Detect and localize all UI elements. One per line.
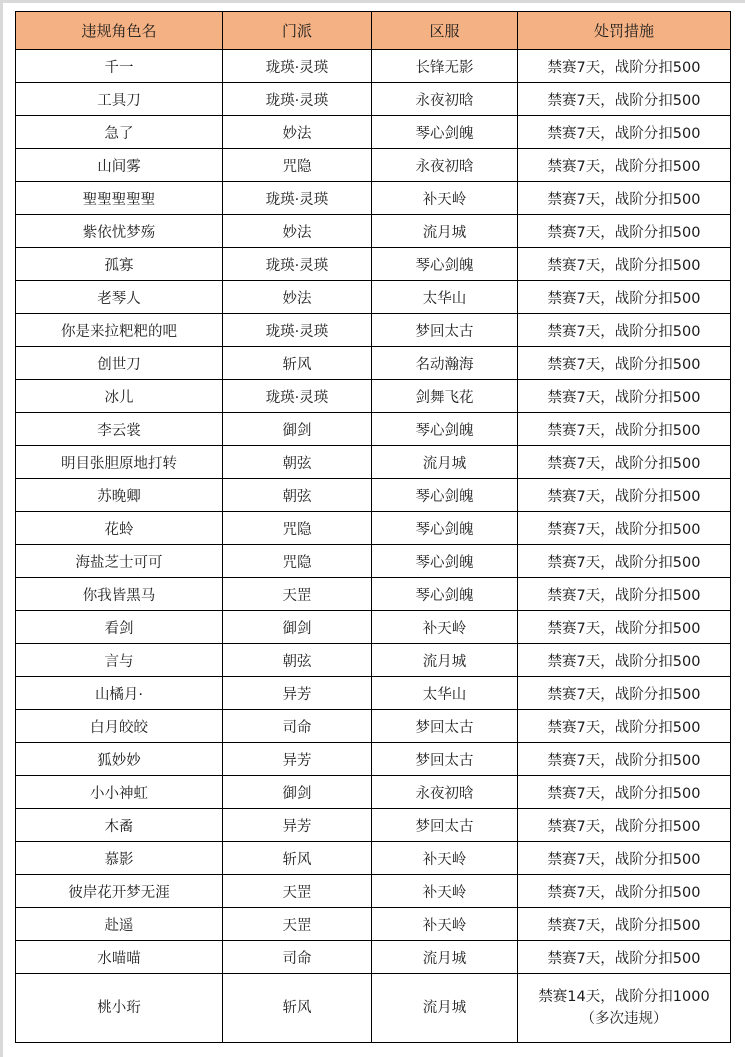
- cell-player-name: 木矞: [16, 809, 223, 842]
- table-row: 山橘月·异芳太华山禁赛7天，战阶分扣500: [16, 677, 731, 710]
- cell-player-name: 你我皆黑马: [16, 578, 223, 611]
- cell-penalty: 禁赛7天，战阶分扣500: [518, 743, 731, 776]
- cell-penalty: 禁赛7天，战阶分扣500: [518, 281, 731, 314]
- table-row: 老琴人妙法太华山禁赛7天，战阶分扣500: [16, 281, 731, 314]
- cell-sect: 珑瑛·灵瑛: [223, 248, 372, 281]
- cell-penalty: 禁赛7天，战阶分扣500: [518, 578, 731, 611]
- cell-player-name: 苏晚卿: [16, 479, 223, 512]
- cell-penalty: 禁赛7天，战阶分扣500: [518, 380, 731, 413]
- cell-player-name: 白月皎皎: [16, 710, 223, 743]
- cell-penalty: 禁赛7天，战阶分扣500: [518, 479, 731, 512]
- cell-server: 补天岭: [372, 611, 518, 644]
- cell-sect: 异芳: [223, 743, 372, 776]
- cell-server: 流月城: [372, 974, 518, 1043]
- cell-server: 琴心剑魄: [372, 512, 518, 545]
- cell-sect: 天罡: [223, 908, 372, 941]
- cell-server: 流月城: [372, 446, 518, 479]
- cell-server: 梦回太古: [372, 743, 518, 776]
- cell-penalty: 禁赛7天，战阶分扣500: [518, 182, 731, 215]
- header-sect: 门派: [223, 12, 372, 50]
- cell-sect: 咒隐: [223, 545, 372, 578]
- violation-table: 违规角色名 门派 区服 处罚措施 千一珑瑛·灵瑛长锋无影禁赛7天，战阶分扣500…: [15, 11, 731, 1043]
- cell-player-name: 工具刀: [16, 83, 223, 116]
- table-row: 创世刀斩风名动瀚海禁赛7天，战阶分扣500: [16, 347, 731, 380]
- cell-player-name: 水喵喵: [16, 941, 223, 974]
- cell-sect: 朝弦: [223, 446, 372, 479]
- table-row: 你是来拉粑粑的吧珑瑛·灵瑛梦回太古禁赛7天，战阶分扣500: [16, 314, 731, 347]
- cell-player-name: 言与: [16, 644, 223, 677]
- cell-sect: 珑瑛·灵瑛: [223, 314, 372, 347]
- cell-server: 琴心剑魄: [372, 578, 518, 611]
- cell-sect: 天罡: [223, 578, 372, 611]
- cell-player-name: 桃小珩: [16, 974, 223, 1043]
- cell-server: 永夜初晗: [372, 776, 518, 809]
- table-row: 紫依忧梦殇妙法流月城禁赛7天，战阶分扣500: [16, 215, 731, 248]
- cell-player-name: 创世刀: [16, 347, 223, 380]
- cell-server: 补天岭: [372, 908, 518, 941]
- cell-penalty: 禁赛7天，战阶分扣500: [518, 677, 731, 710]
- cell-server: 梦回太古: [372, 314, 518, 347]
- cell-sect: 咒隐: [223, 512, 372, 545]
- cell-sect: 妙法: [223, 281, 372, 314]
- table-row: 工具刀珑瑛·灵瑛永夜初晗禁赛7天，战阶分扣500: [16, 83, 731, 116]
- cell-player-name: 赴遥: [16, 908, 223, 941]
- table-row: 狐妙妙异芳梦回太古禁赛7天，战阶分扣500: [16, 743, 731, 776]
- cell-player-name: 小小神虹: [16, 776, 223, 809]
- cell-penalty: 禁赛14天，战阶分扣1000（多次违规）: [518, 974, 731, 1043]
- cell-server: 琴心剑魄: [372, 248, 518, 281]
- cell-server: 流月城: [372, 644, 518, 677]
- penalty-note: （多次违规）: [518, 1008, 730, 1030]
- cell-player-name: 看剑: [16, 611, 223, 644]
- cell-penalty: 禁赛7天，战阶分扣500: [518, 776, 731, 809]
- cell-player-name: 李云裳: [16, 413, 223, 446]
- table-row: 千一珑瑛·灵瑛长锋无影禁赛7天，战阶分扣500: [16, 50, 731, 83]
- cell-server: 太华山: [372, 281, 518, 314]
- cell-server: 太华山: [372, 677, 518, 710]
- cell-player-name: 慕影: [16, 842, 223, 875]
- table-row: 白月皎皎司命梦回太古禁赛7天，战阶分扣500: [16, 710, 731, 743]
- cell-penalty: 禁赛7天，战阶分扣500: [518, 644, 731, 677]
- cell-player-name: 山间雾: [16, 149, 223, 182]
- cell-server: 补天岭: [372, 842, 518, 875]
- cell-player-name: 聖聖聖聖聖: [16, 182, 223, 215]
- cell-player-name: 明目张胆原地打转: [16, 446, 223, 479]
- table-row: 桃小珩斩风流月城禁赛14天，战阶分扣1000（多次违规）: [16, 974, 731, 1043]
- cell-penalty: 禁赛7天，战阶分扣500: [518, 908, 731, 941]
- cell-penalty: 禁赛7天，战阶分扣500: [518, 512, 731, 545]
- table-row: 孤寡珑瑛·灵瑛琴心剑魄禁赛7天，战阶分扣500: [16, 248, 731, 281]
- table-row: 山间雾咒隐永夜初晗禁赛7天，战阶分扣500: [16, 149, 731, 182]
- cell-player-name: 冰儿: [16, 380, 223, 413]
- penalty-text: 禁赛14天，战阶分扣1000: [518, 986, 730, 1008]
- cell-sect: 珑瑛·灵瑛: [223, 83, 372, 116]
- cell-sect: 妙法: [223, 116, 372, 149]
- cell-penalty: 禁赛7天，战阶分扣500: [518, 842, 731, 875]
- cell-player-name: 老琴人: [16, 281, 223, 314]
- cell-server: 补天岭: [372, 875, 518, 908]
- table-row: 李云裳御剑琴心剑魄禁赛7天，战阶分扣500: [16, 413, 731, 446]
- cell-penalty: 禁赛7天，战阶分扣500: [518, 611, 731, 644]
- cell-sect: 天罡: [223, 875, 372, 908]
- table-row: 彼岸花开梦无涯天罡补天岭禁赛7天，战阶分扣500: [16, 875, 731, 908]
- cell-sect: 斩风: [223, 347, 372, 380]
- table-header-row: 违规角色名 门派 区服 处罚措施: [16, 12, 731, 50]
- table-row: 聖聖聖聖聖珑瑛·灵瑛补天岭禁赛7天，战阶分扣500: [16, 182, 731, 215]
- cell-sect: 珑瑛·灵瑛: [223, 380, 372, 413]
- cell-server: 永夜初晗: [372, 149, 518, 182]
- table-row: 木矞异芳梦回太古禁赛7天，战阶分扣500: [16, 809, 731, 842]
- cell-player-name: 急了: [16, 116, 223, 149]
- table-row: 言与朝弦流月城禁赛7天，战阶分扣500: [16, 644, 731, 677]
- cell-sect: 异芳: [223, 809, 372, 842]
- table-row: 慕影斩风补天岭禁赛7天，战阶分扣500: [16, 842, 731, 875]
- cell-penalty: 禁赛7天，战阶分扣500: [518, 215, 731, 248]
- cell-server: 琴心剑魄: [372, 479, 518, 512]
- cell-player-name: 狐妙妙: [16, 743, 223, 776]
- frame-border-left: [0, 0, 3, 1057]
- table-row: 冰儿珑瑛·灵瑛剑舞飞花禁赛7天，战阶分扣500: [16, 380, 731, 413]
- cell-sect: 珑瑛·灵瑛: [223, 182, 372, 215]
- cell-server: 流月城: [372, 215, 518, 248]
- cell-penalty: 禁赛7天，战阶分扣500: [518, 347, 731, 380]
- table-row: 你我皆黑马天罡琴心剑魄禁赛7天，战阶分扣500: [16, 578, 731, 611]
- cell-player-name: 海盐芝士可可: [16, 545, 223, 578]
- cell-player-name: 紫依忧梦殇: [16, 215, 223, 248]
- cell-player-name: 千一: [16, 50, 223, 83]
- cell-penalty: 禁赛7天，战阶分扣500: [518, 413, 731, 446]
- header-server: 区服: [372, 12, 518, 50]
- cell-sect: 珑瑛·灵瑛: [223, 50, 372, 83]
- table-row: 看剑御剑补天岭禁赛7天，战阶分扣500: [16, 611, 731, 644]
- table-row: 海盐芝士可可咒隐琴心剑魄禁赛7天，战阶分扣500: [16, 545, 731, 578]
- table-row: 赴遥天罡补天岭禁赛7天，战阶分扣500: [16, 908, 731, 941]
- cell-penalty: 禁赛7天，战阶分扣500: [518, 710, 731, 743]
- cell-penalty: 禁赛7天，战阶分扣500: [518, 314, 731, 347]
- frame-border-top: [0, 0, 745, 3]
- table-row: 花蛉咒隐琴心剑魄禁赛7天，战阶分扣500: [16, 512, 731, 545]
- cell-sect: 朝弦: [223, 644, 372, 677]
- cell-server: 流月城: [372, 941, 518, 974]
- cell-penalty: 禁赛7天，战阶分扣500: [518, 809, 731, 842]
- cell-sect: 妙法: [223, 215, 372, 248]
- cell-penalty: 禁赛7天，战阶分扣500: [518, 941, 731, 974]
- cell-server: 琴心剑魄: [372, 545, 518, 578]
- cell-penalty: 禁赛7天，战阶分扣500: [518, 545, 731, 578]
- table-row: 苏晚卿朝弦琴心剑魄禁赛7天，战阶分扣500: [16, 479, 731, 512]
- table-body: 千一珑瑛·灵瑛长锋无影禁赛7天，战阶分扣500工具刀珑瑛·灵瑛永夜初晗禁赛7天，…: [16, 50, 731, 1043]
- cell-sect: 御剑: [223, 413, 372, 446]
- cell-penalty: 禁赛7天，战阶分扣500: [518, 446, 731, 479]
- cell-sect: 斩风: [223, 842, 372, 875]
- header-penalty: 处罚措施: [518, 12, 731, 50]
- cell-penalty: 禁赛7天，战阶分扣500: [518, 248, 731, 281]
- cell-server: 琴心剑魄: [372, 116, 518, 149]
- cell-server: 补天岭: [372, 182, 518, 215]
- cell-server: 名动瀚海: [372, 347, 518, 380]
- cell-sect: 司命: [223, 941, 372, 974]
- cell-penalty: 禁赛7天，战阶分扣500: [518, 50, 731, 83]
- cell-player-name: 彼岸花开梦无涯: [16, 875, 223, 908]
- cell-sect: 御剑: [223, 776, 372, 809]
- cell-player-name: 花蛉: [16, 512, 223, 545]
- cell-sect: 异芳: [223, 677, 372, 710]
- cell-player-name: 孤寡: [16, 248, 223, 281]
- cell-sect: 司命: [223, 710, 372, 743]
- cell-sect: 咒隐: [223, 149, 372, 182]
- header-player-name: 违规角色名: [16, 12, 223, 50]
- cell-server: 梦回太古: [372, 710, 518, 743]
- cell-player-name: 山橘月·: [16, 677, 223, 710]
- cell-sect: 斩风: [223, 974, 372, 1043]
- table-row: 急了妙法琴心剑魄禁赛7天，战阶分扣500: [16, 116, 731, 149]
- cell-server: 琴心剑魄: [372, 413, 518, 446]
- table-row: 明目张胆原地打转朝弦流月城禁赛7天，战阶分扣500: [16, 446, 731, 479]
- cell-sect: 朝弦: [223, 479, 372, 512]
- cell-penalty: 禁赛7天，战阶分扣500: [518, 116, 731, 149]
- cell-server: 梦回太古: [372, 809, 518, 842]
- cell-server: 永夜初晗: [372, 83, 518, 116]
- cell-sect: 御剑: [223, 611, 372, 644]
- table-row: 水喵喵司命流月城禁赛7天，战阶分扣500: [16, 941, 731, 974]
- table-row: 小小神虹御剑永夜初晗禁赛7天，战阶分扣500: [16, 776, 731, 809]
- cell-penalty: 禁赛7天，战阶分扣500: [518, 149, 731, 182]
- cell-penalty: 禁赛7天，战阶分扣500: [518, 875, 731, 908]
- cell-penalty: 禁赛7天，战阶分扣500: [518, 83, 731, 116]
- cell-server: 长锋无影: [372, 50, 518, 83]
- cell-server: 剑舞飞花: [372, 380, 518, 413]
- cell-player-name: 你是来拉粑粑的吧: [16, 314, 223, 347]
